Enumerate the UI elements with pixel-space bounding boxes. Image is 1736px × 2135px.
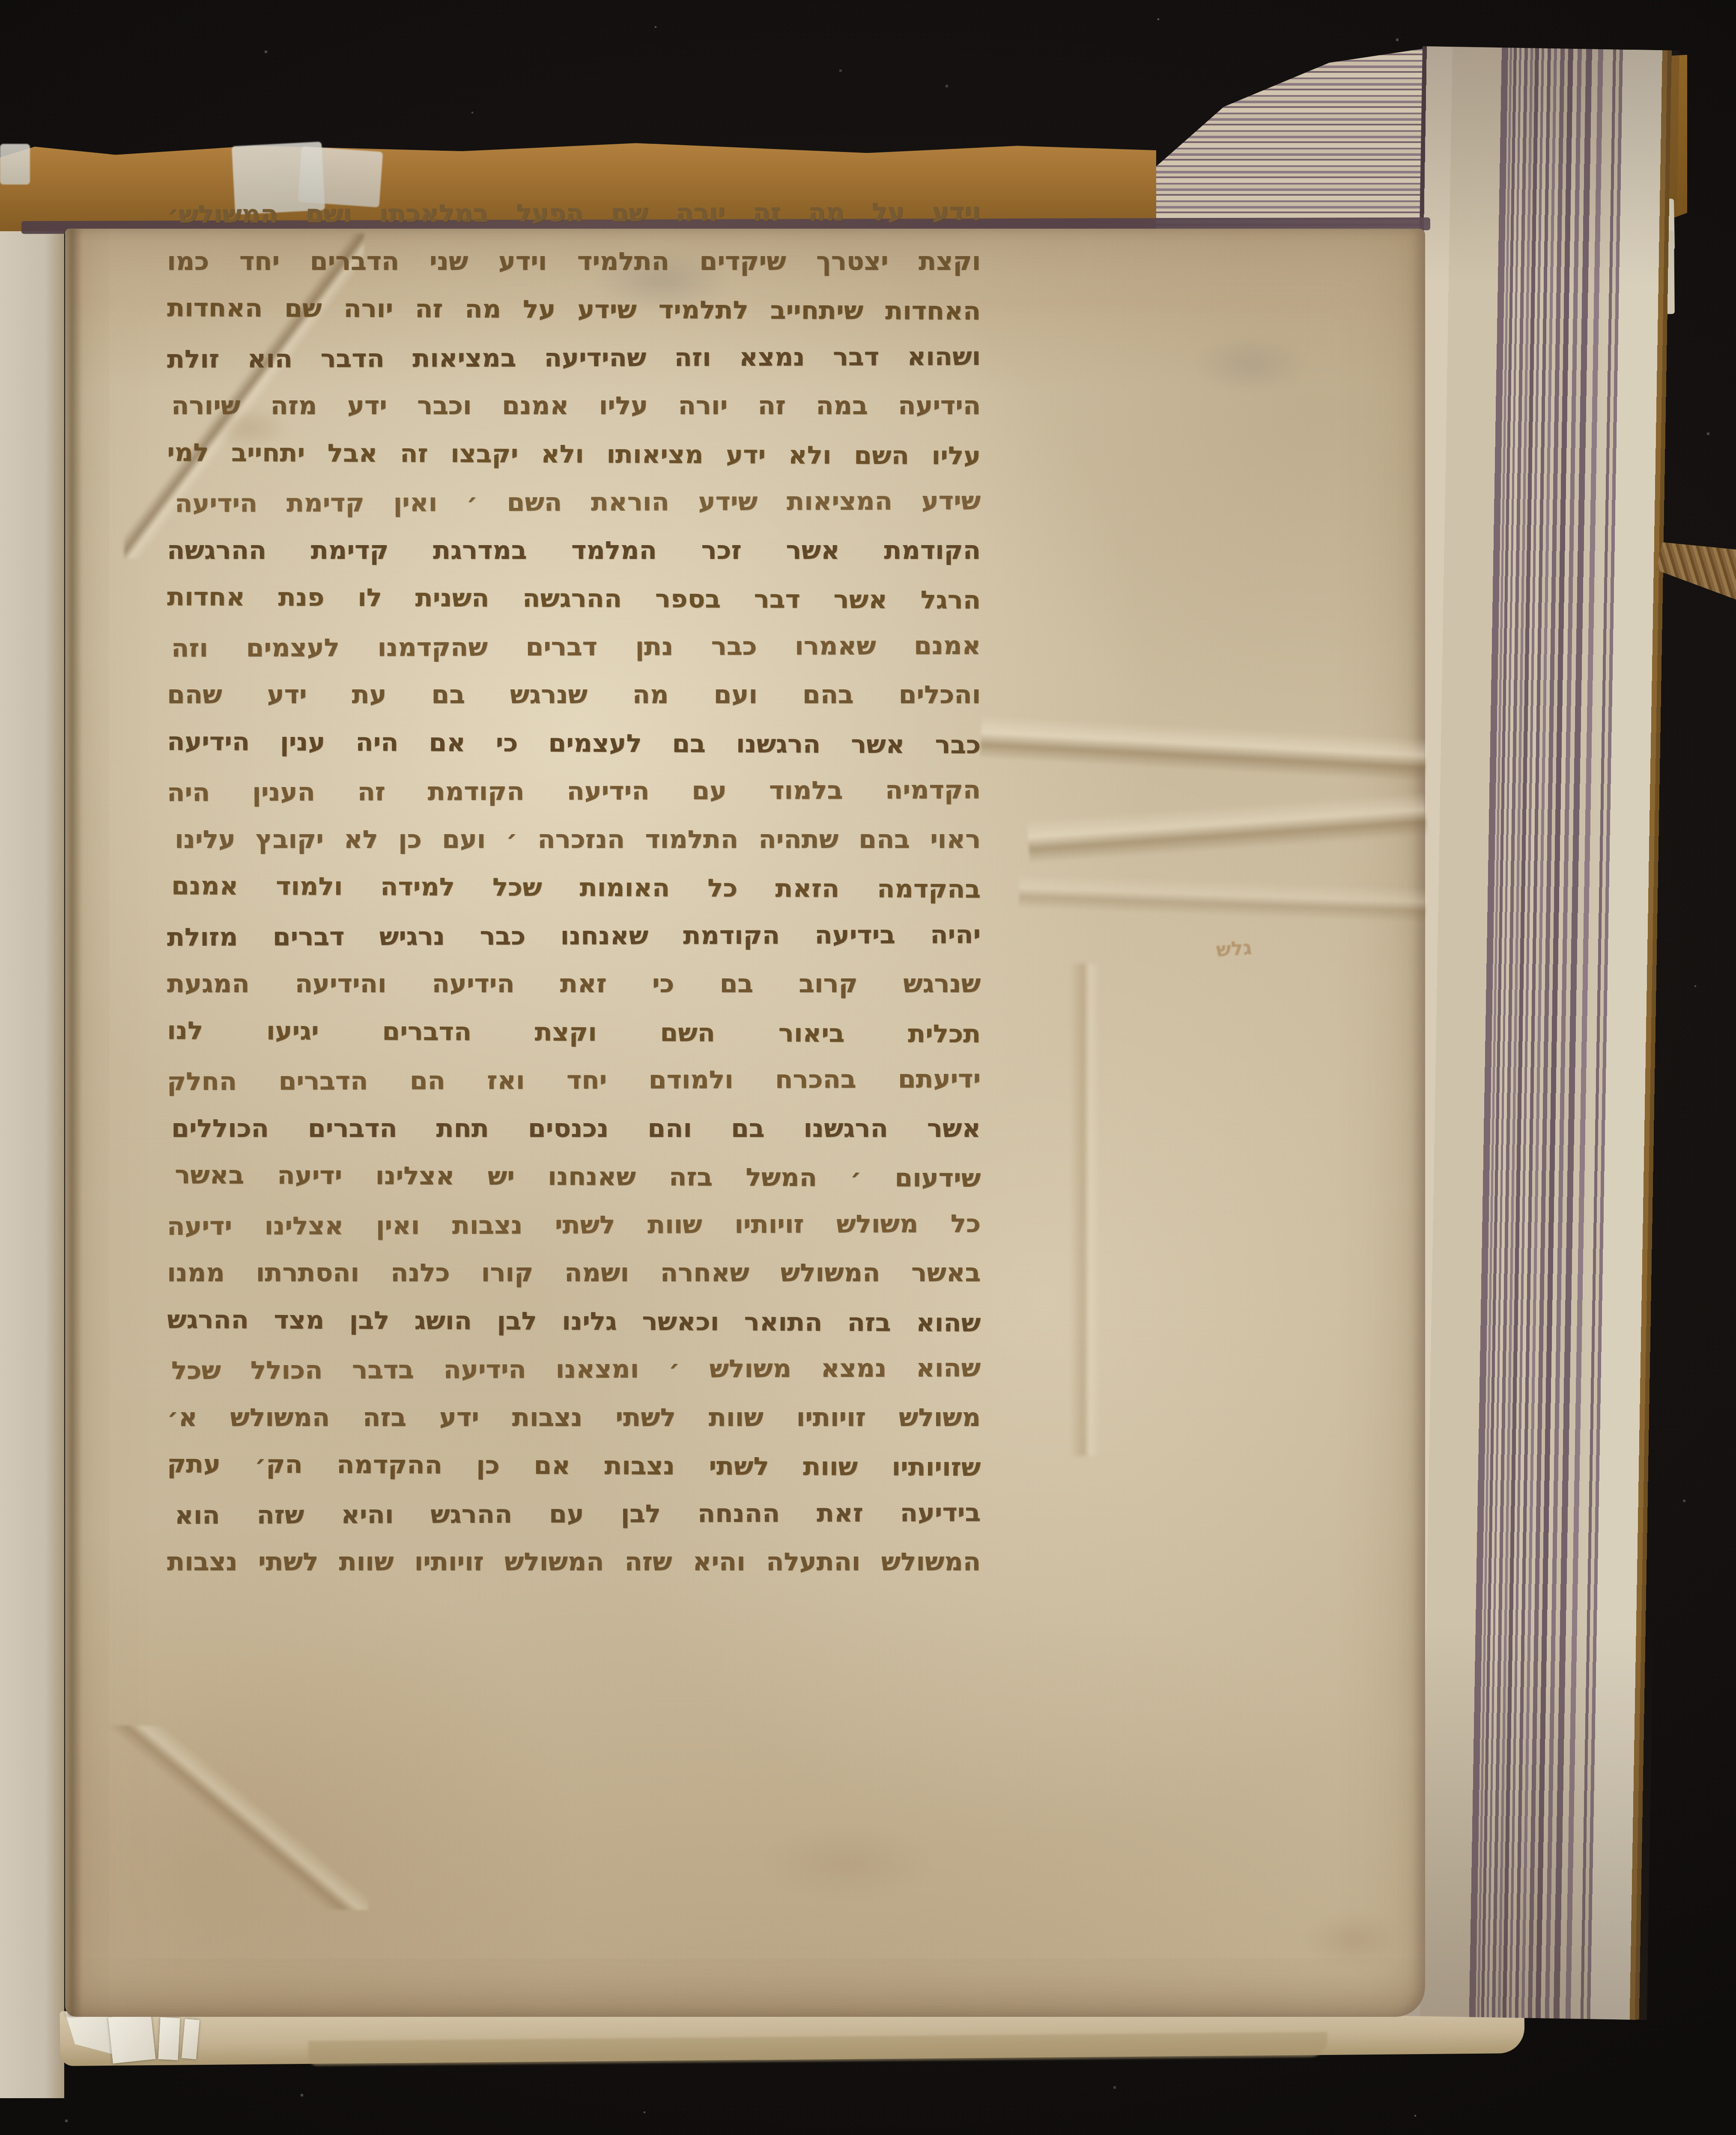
- text-line: ושהוא דבר נמצא וזה שהידיעה במציאות הדבר …: [167, 334, 981, 382]
- text-line: עליו השם ולא ידע מציאותו ולא יקבצו זה אב…: [167, 429, 981, 479]
- dust-specks: [0, 0, 1, 1]
- stain: [728, 1811, 968, 1914]
- text-line: שנרגש קרוב בם כי זאת הידיעה והידיעה המגע…: [167, 961, 981, 1007]
- text-line: אמנם שאמרו כבר נתן דברים שהקדמנו לעצמים …: [167, 623, 981, 671]
- text-line: וקצת יצטרך שיקדים התלמיד וידע שני הדברים…: [167, 239, 981, 285]
- text-line: תכלית ביאור השם וקצת הדברים יגיעו לנו: [167, 1008, 981, 1057]
- text-line: כל משולש זויותיו שוות לשתי נצבות ואין אצ…: [167, 1201, 981, 1249]
- white-slip: [108, 2013, 156, 2063]
- text-line: ידיעתם בהכרח ולמודם יחד ואז הם הדברים הח…: [167, 1056, 981, 1105]
- text-line: אשר הרגשנו בם והם נכנסים תחת הדברים הכול…: [167, 1106, 981, 1152]
- text-line: כבר אשר הרגשנו בם לעצמים כי אם היה ענין …: [167, 719, 981, 768]
- text-line: ראוי בהם שתהיה התלמוד הנזכרה ׳ ועם כן לא…: [167, 817, 981, 863]
- text-line: שהוא נמצא משולש ׳ ומצאנו הידיעה בדבר הכו…: [167, 1345, 981, 1394]
- text-block: וידע על מה זה יורה שם הפעל במלאכתו ושם ה…: [167, 189, 981, 1586]
- underlying-page-left-edge: [0, 231, 64, 2098]
- text-line: שזויותיו שוות לשתי נצבות אם כן ההקדמה הק…: [167, 1441, 981, 1491]
- page-crease: [1071, 963, 1101, 1456]
- text-line: הידיעה במה זה יורה עליו אמנם וכבר ידע מז…: [167, 383, 981, 429]
- text-line: האחדות שיתחייב לתלמיד שידע על מה זה יורה…: [167, 285, 981, 334]
- white-slip: [158, 2017, 180, 2060]
- text-line: המשולש והתעלה והיא שזה המשולש זויותיו שו…: [167, 1539, 981, 1585]
- photograph-backdrop: וידע על מה זה יורה שם הפעל במלאכתו ושם ה…: [0, 0, 1736, 2135]
- text-line: בידיעה זאת ההנחה לבן עם ההרגש והיא שזה ה…: [167, 1490, 981, 1539]
- text-line: באשר המשולש שאחרה ושמה קורו כלנה והסתרתו…: [167, 1250, 981, 1296]
- text-line: הקודמת אשר זכר המלמד במדרגת קדימת ההרגשה: [167, 528, 981, 574]
- text-line: והכלים בהם ועם מה שנרגש בם עת ידע שהם: [167, 672, 981, 718]
- text-line: וידע על מה זה יורה שם הפעל במלאכתו ושם ה…: [167, 189, 981, 238]
- show-through-stain: [1173, 325, 1327, 403]
- text-line: שידע המציאות שידע הוראת השם ׳ ואין קדימת…: [167, 478, 981, 527]
- text-line: בהקדמה הזאת כל האומות שכל למידה ולמוד אמ…: [167, 863, 981, 912]
- gutter-shadow: [63, 229, 82, 2017]
- repair-tape-patch: [0, 144, 30, 185]
- text-line: הקדמיה בלמוד עם הידיעה הקודמת זה הענין ה…: [167, 767, 981, 816]
- text-line: שהוא בזה התואר וכאשר גלינו לבן הושג לבן …: [167, 1297, 981, 1346]
- marginal-gloss: גלש: [1215, 936, 1253, 961]
- text-line: הרגל אשר דבר בספר ההרגשה השנית לו פנת אח…: [167, 574, 981, 623]
- fore-edge-page-stack: [1390, 46, 1679, 2020]
- stain: [1285, 1901, 1422, 1978]
- text-line: יהיה בידיעה הקודמת שאנחנו כבר נרגיש דברי…: [167, 912, 981, 960]
- text-line: שידעום ׳ המשל בזה שאנחנו יש אצלינו ידיעה…: [167, 1152, 981, 1202]
- page-crease: [103, 1726, 368, 1910]
- text-line: משולש זויותיו שוות לשתי נצבות ידע בזה המ…: [167, 1395, 981, 1441]
